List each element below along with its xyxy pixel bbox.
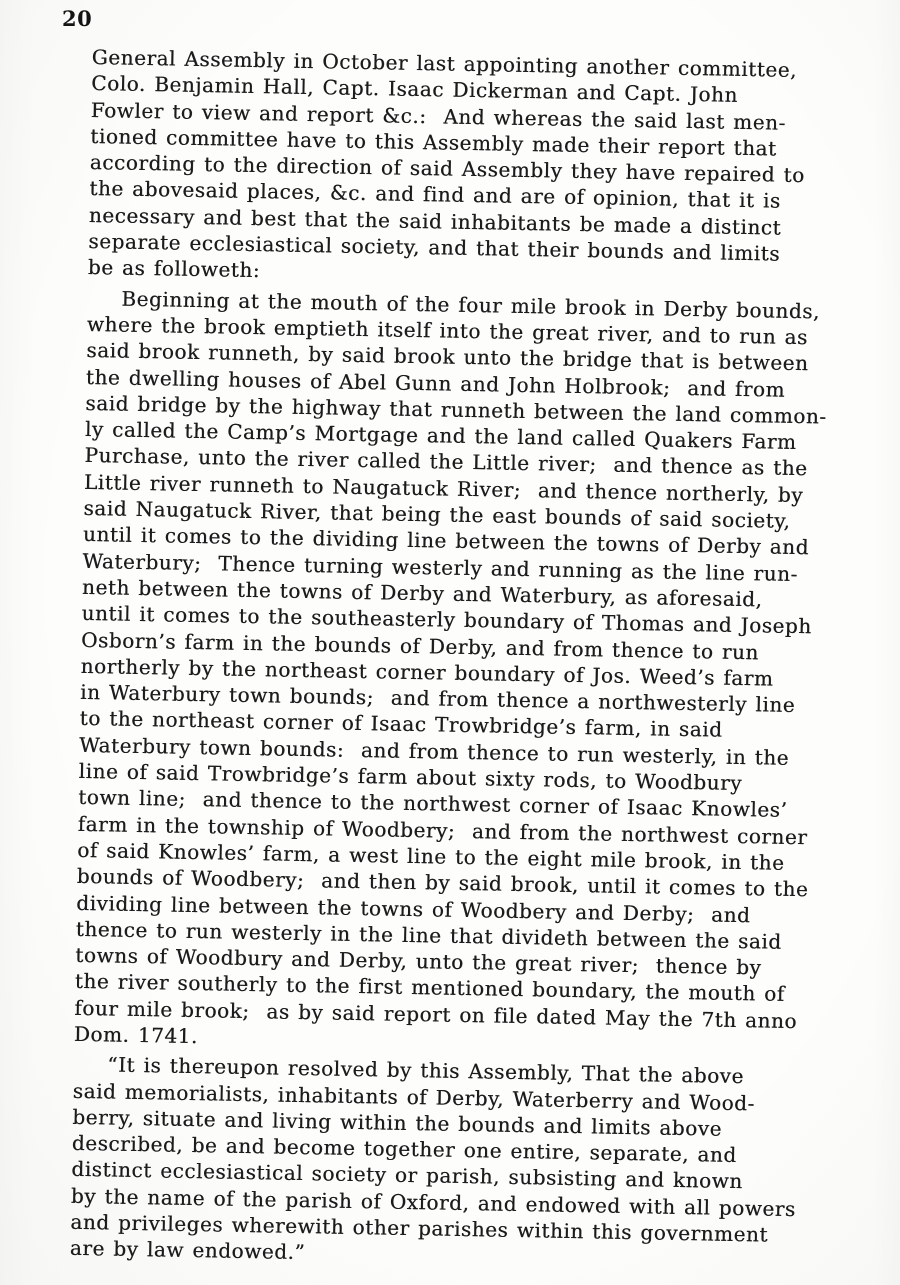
text-block: General Assembly in October last appoint… (70, 44, 876, 1280)
paragraph: Beginning at the mouth of the four mile … (74, 285, 872, 1062)
page-number: 20 (62, 6, 92, 31)
paragraph: General Assembly in October last appoint… (88, 44, 876, 295)
scanned-book-page: { "page": { "number": "20", "paragraphs"… (0, 0, 900, 1285)
paragraph: “It is thereupon resolved by this Assemb… (70, 1051, 858, 1276)
